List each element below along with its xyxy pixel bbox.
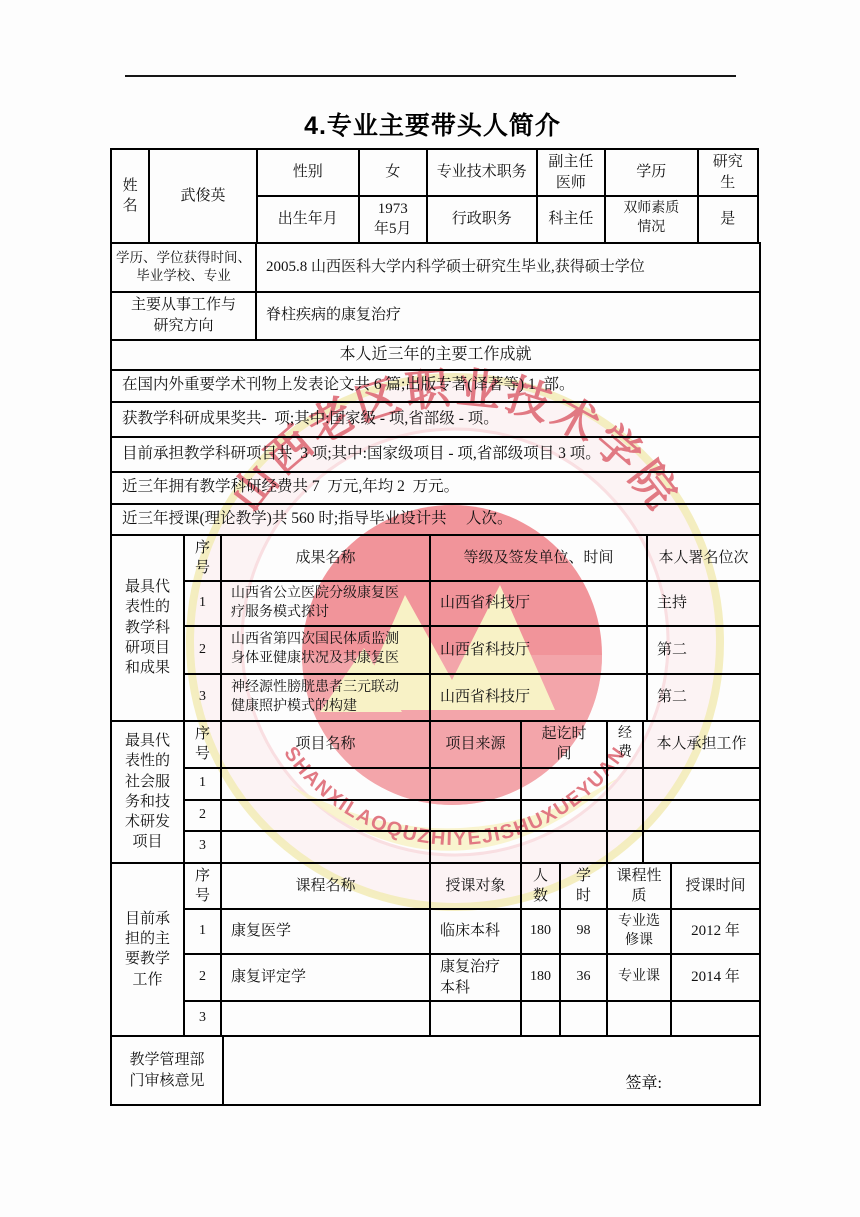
degree-label: 学历 [605, 149, 698, 196]
social-row-time [521, 768, 607, 800]
gender-value: 女 [359, 149, 427, 196]
education-history-value: 2005.8 山西医科大学内科学硕士研究生毕业,获得硕士学位 [256, 243, 760, 292]
statement-lectures: 近三年授课(理论教学)共 560 时;指导毕业设计共 人次。 [111, 504, 760, 535]
gender-label: 性别 [257, 149, 359, 196]
table-row: 在国内外重要学术刊物上发表论文共 6 篇;出版专著(译著等) 1 部。 [111, 370, 760, 402]
table-row: 获教学科研成果奖共- 项;其中:国家级 - 项,省部级 - 项。 [111, 402, 760, 437]
signature-label: 签章: [626, 1073, 662, 1095]
teaching-row-no: 2 [184, 954, 221, 1001]
social-col-name: 项目名称 [221, 721, 430, 768]
research-row: 3 神经源性膀胱患者三元联动 健康照护模式的构建 山西省科技厅 第二 [111, 674, 760, 721]
table-row: 姓 名 武俊英 性别 女 专业技术职务 副主任 医师 学历 研究 生 [111, 149, 758, 196]
teaching-row-no: 1 [184, 909, 221, 954]
research-row-name: 山西省第四次国民体质监测 身体亚健康状况及其康复医 [221, 626, 430, 674]
social-row-name [221, 768, 430, 800]
statement-awards: 获教学科研成果奖共- 项;其中:国家级 - 项,省部级 - 项。 [111, 402, 760, 437]
research-col-unit: 等级及签发单位、时间 [430, 535, 647, 582]
teaching-col-course: 课程名称 [221, 863, 430, 910]
social-row-fund [607, 800, 643, 831]
review-content-cell: 签章: [223, 1036, 760, 1105]
social-row-fund [607, 768, 643, 800]
social-row: 2 [111, 800, 760, 831]
table-row: 近三年拥有教学科研经费共 7 万元,年均 2 万元。 [111, 472, 760, 504]
table-row: 本人近三年的主要工作成就 [111, 340, 760, 370]
admin-post-label: 行政职务 [427, 196, 537, 243]
birth-value: 1973 年5月 [359, 196, 427, 243]
teaching-row-students: 180 [521, 954, 560, 1001]
teaching-row-hours [560, 1001, 607, 1036]
teaching-row-target: 临床本科 [430, 909, 521, 954]
teaching-row-no: 3 [184, 1001, 221, 1036]
social-row: 3 [111, 831, 760, 863]
teaching-row-type: 专业课 [607, 954, 671, 1001]
social-row-no: 1 [184, 768, 221, 800]
research-row-no: 3 [184, 674, 221, 721]
research-row-no: 2 [184, 626, 221, 674]
social-col-time: 起讫时 间 [521, 721, 607, 768]
research-col-no: 序号 [184, 535, 221, 582]
teaching-col-students: 人 数 [521, 863, 560, 910]
social-row-source [430, 831, 521, 863]
teaching-row: 3 [111, 1001, 760, 1036]
social-service-table: 最具代 表性的 社会服 务和技 术研发 项目 序号 项目名称 项目来源 起讫时 … [110, 720, 761, 864]
background-table: 学历、学位获得时间、 毕业学校、专业 2005.8 山西医科大学内科学硕士研究生… [110, 242, 761, 341]
social-row-work [643, 800, 760, 831]
achievements-header: 本人近三年的主要工作成就 [111, 340, 760, 370]
teaching-row-course: 康复评定学 [221, 954, 430, 1001]
degree-value: 研究 生 [698, 149, 758, 196]
social-row-source [430, 768, 521, 800]
research-row-rank: 主持 [647, 581, 760, 626]
social-col-no: 序号 [184, 721, 221, 768]
teaching-row-time: 2014 年 [671, 954, 760, 1001]
social-row-work [643, 768, 760, 800]
work-direction-value: 脊柱疾病的康复治疗 [256, 292, 760, 340]
research-col-rank: 本人署名位次 [647, 535, 760, 582]
research-col-name: 成果名称 [221, 535, 430, 582]
teaching-row-students [521, 1001, 560, 1036]
tech-title-value: 副主任 医师 [537, 149, 605, 196]
research-row-rank: 第二 [647, 626, 760, 674]
name-label: 姓 名 [111, 149, 149, 243]
teaching-row-course [221, 1001, 430, 1036]
admin-post-value: 科主任 [537, 196, 605, 243]
research-row-unit: 山西省科技厅 [430, 674, 647, 721]
social-col-fund: 经 费 [607, 721, 643, 768]
table-row: 学历、学位获得时间、 毕业学校、专业 2005.8 山西医科大学内科学硕士研究生… [111, 243, 760, 292]
top-rule [125, 75, 736, 77]
teaching-row: 1 康复医学 临床本科 180 98 专业选 修课 2012 年 [111, 909, 760, 954]
basic-info-table: 姓 名 武俊英 性别 女 专业技术职务 副主任 医师 学历 研究 生 出生年月 … [110, 148, 759, 244]
teaching-col-target: 授课对象 [430, 863, 521, 910]
research-row-unit: 山西省科技厅 [430, 626, 647, 674]
teaching-row-hours: 98 [560, 909, 607, 954]
teaching-row-type: 专业选 修课 [607, 909, 671, 954]
teaching-row-hours: 36 [560, 954, 607, 1001]
dual-teacher-label: 双师素质 情况 [605, 196, 698, 243]
social-row-work [643, 831, 760, 863]
social-row-name [221, 800, 430, 831]
teaching-col-type: 课程性 质 [607, 863, 671, 910]
social-row-time [521, 831, 607, 863]
social-row-no: 2 [184, 800, 221, 831]
name-value: 武俊英 [149, 149, 257, 243]
table-row: 主要从事工作与 研究方向 脊柱疾病的康复治疗 [111, 292, 760, 340]
teaching-row-students: 180 [521, 909, 560, 954]
statement-funding: 近三年拥有教学科研经费共 7 万元,年均 2 万元。 [111, 472, 760, 504]
teaching-work-table: 目前承 担的主 要教学 工作 序号 课程名称 授课对象 人 数 学 时 课程性 … [110, 862, 761, 1038]
teaching-row-course: 康复医学 [221, 909, 430, 954]
teaching-section-label: 目前承 担的主 要教学 工作 [111, 863, 184, 1037]
page-title: 4.专业主要带头人简介 [110, 106, 755, 142]
research-row-rank: 第二 [647, 674, 760, 721]
research-row-unit: 山西省科技厅 [430, 581, 647, 626]
review-label: 教学管理部 门审核意见 [111, 1036, 223, 1105]
social-section-label: 最具代 表性的 社会服 务和技 术研发 项目 [111, 721, 184, 863]
birth-label: 出生年月 [257, 196, 359, 243]
work-direction-label: 主要从事工作与 研究方向 [111, 292, 256, 340]
table-row: 目前承担教学科研项目共 3 项;其中:国家级项目 - 项,省部级项目 3 项。 [111, 437, 760, 472]
teaching-row-target [430, 1001, 521, 1036]
research-row-no: 1 [184, 581, 221, 626]
teaching-row-target: 康复治疗 本科 [430, 954, 521, 1001]
teaching-col-no: 序号 [184, 863, 221, 910]
table-row: 最具代 表性的 社会服 务和技 术研发 项目 序号 项目名称 项目来源 起讫时 … [111, 721, 760, 768]
teaching-col-time: 授课时间 [671, 863, 760, 910]
social-col-source: 项目来源 [430, 721, 521, 768]
statement-papers: 在国内外重要学术刊物上发表论文共 6 篇;出版专著(译著等) 1 部。 [111, 370, 760, 402]
table-row: 目前承 担的主 要教学 工作 序号 课程名称 授课对象 人 数 学 时 课程性 … [111, 863, 760, 910]
research-row-name: 神经源性膀胱患者三元联动 健康照护模式的构建 [221, 674, 430, 721]
dual-teacher-value: 是 [698, 196, 758, 243]
education-history-label: 学历、学位获得时间、 毕业学校、专业 [111, 243, 256, 292]
leader-profile-form: 姓 名 武俊英 性别 女 专业技术职务 副主任 医师 学历 研究 生 出生年月 … [110, 148, 759, 1106]
teaching-row-type [607, 1001, 671, 1036]
social-row-no: 3 [184, 831, 221, 863]
social-row: 1 [111, 768, 760, 800]
social-row-fund [607, 831, 643, 863]
review-table: 教学管理部 门审核意见 签章: [110, 1035, 761, 1106]
achievements-table: 本人近三年的主要工作成就 在国内外重要学术刊物上发表论文共 6 篇;出版专著(译… [110, 339, 761, 536]
research-row: 1 山西省公立医院分级康复医 疗服务模式探讨 山西省科技厅 主持 [111, 581, 760, 626]
research-projects-table: 最具代 表性的 教学科 研项目 和成果 序号 成果名称 等级及签发单位、时间 本… [110, 534, 761, 723]
research-section-label: 最具代 表性的 教学科 研项目 和成果 [111, 535, 184, 722]
research-row: 2 山西省第四次国民体质监测 身体亚健康状况及其康复医 山西省科技厅 第二 [111, 626, 760, 674]
teaching-row-time [671, 1001, 760, 1036]
social-row-time [521, 800, 607, 831]
tech-title-label: 专业技术职务 [427, 149, 537, 196]
social-row-source [430, 800, 521, 831]
table-row: 教学管理部 门审核意见 签章: [111, 1036, 760, 1105]
statement-projects: 目前承担教学科研项目共 3 项;其中:国家级项目 - 项,省部级项目 3 项。 [111, 437, 760, 472]
research-row-name: 山西省公立医院分级康复医 疗服务模式探讨 [221, 581, 430, 626]
table-row: 近三年授课(理论教学)共 560 时;指导毕业设计共 人次。 [111, 504, 760, 535]
social-row-name [221, 831, 430, 863]
teaching-col-hours: 学 时 [560, 863, 607, 910]
table-row: 最具代 表性的 教学科 研项目 和成果 序号 成果名称 等级及签发单位、时间 本… [111, 535, 760, 582]
teaching-row-time: 2012 年 [671, 909, 760, 954]
teaching-row: 2 康复评定学 康复治疗 本科 180 36 专业课 2014 年 [111, 954, 760, 1001]
social-col-work: 本人承担工作 [643, 721, 760, 768]
